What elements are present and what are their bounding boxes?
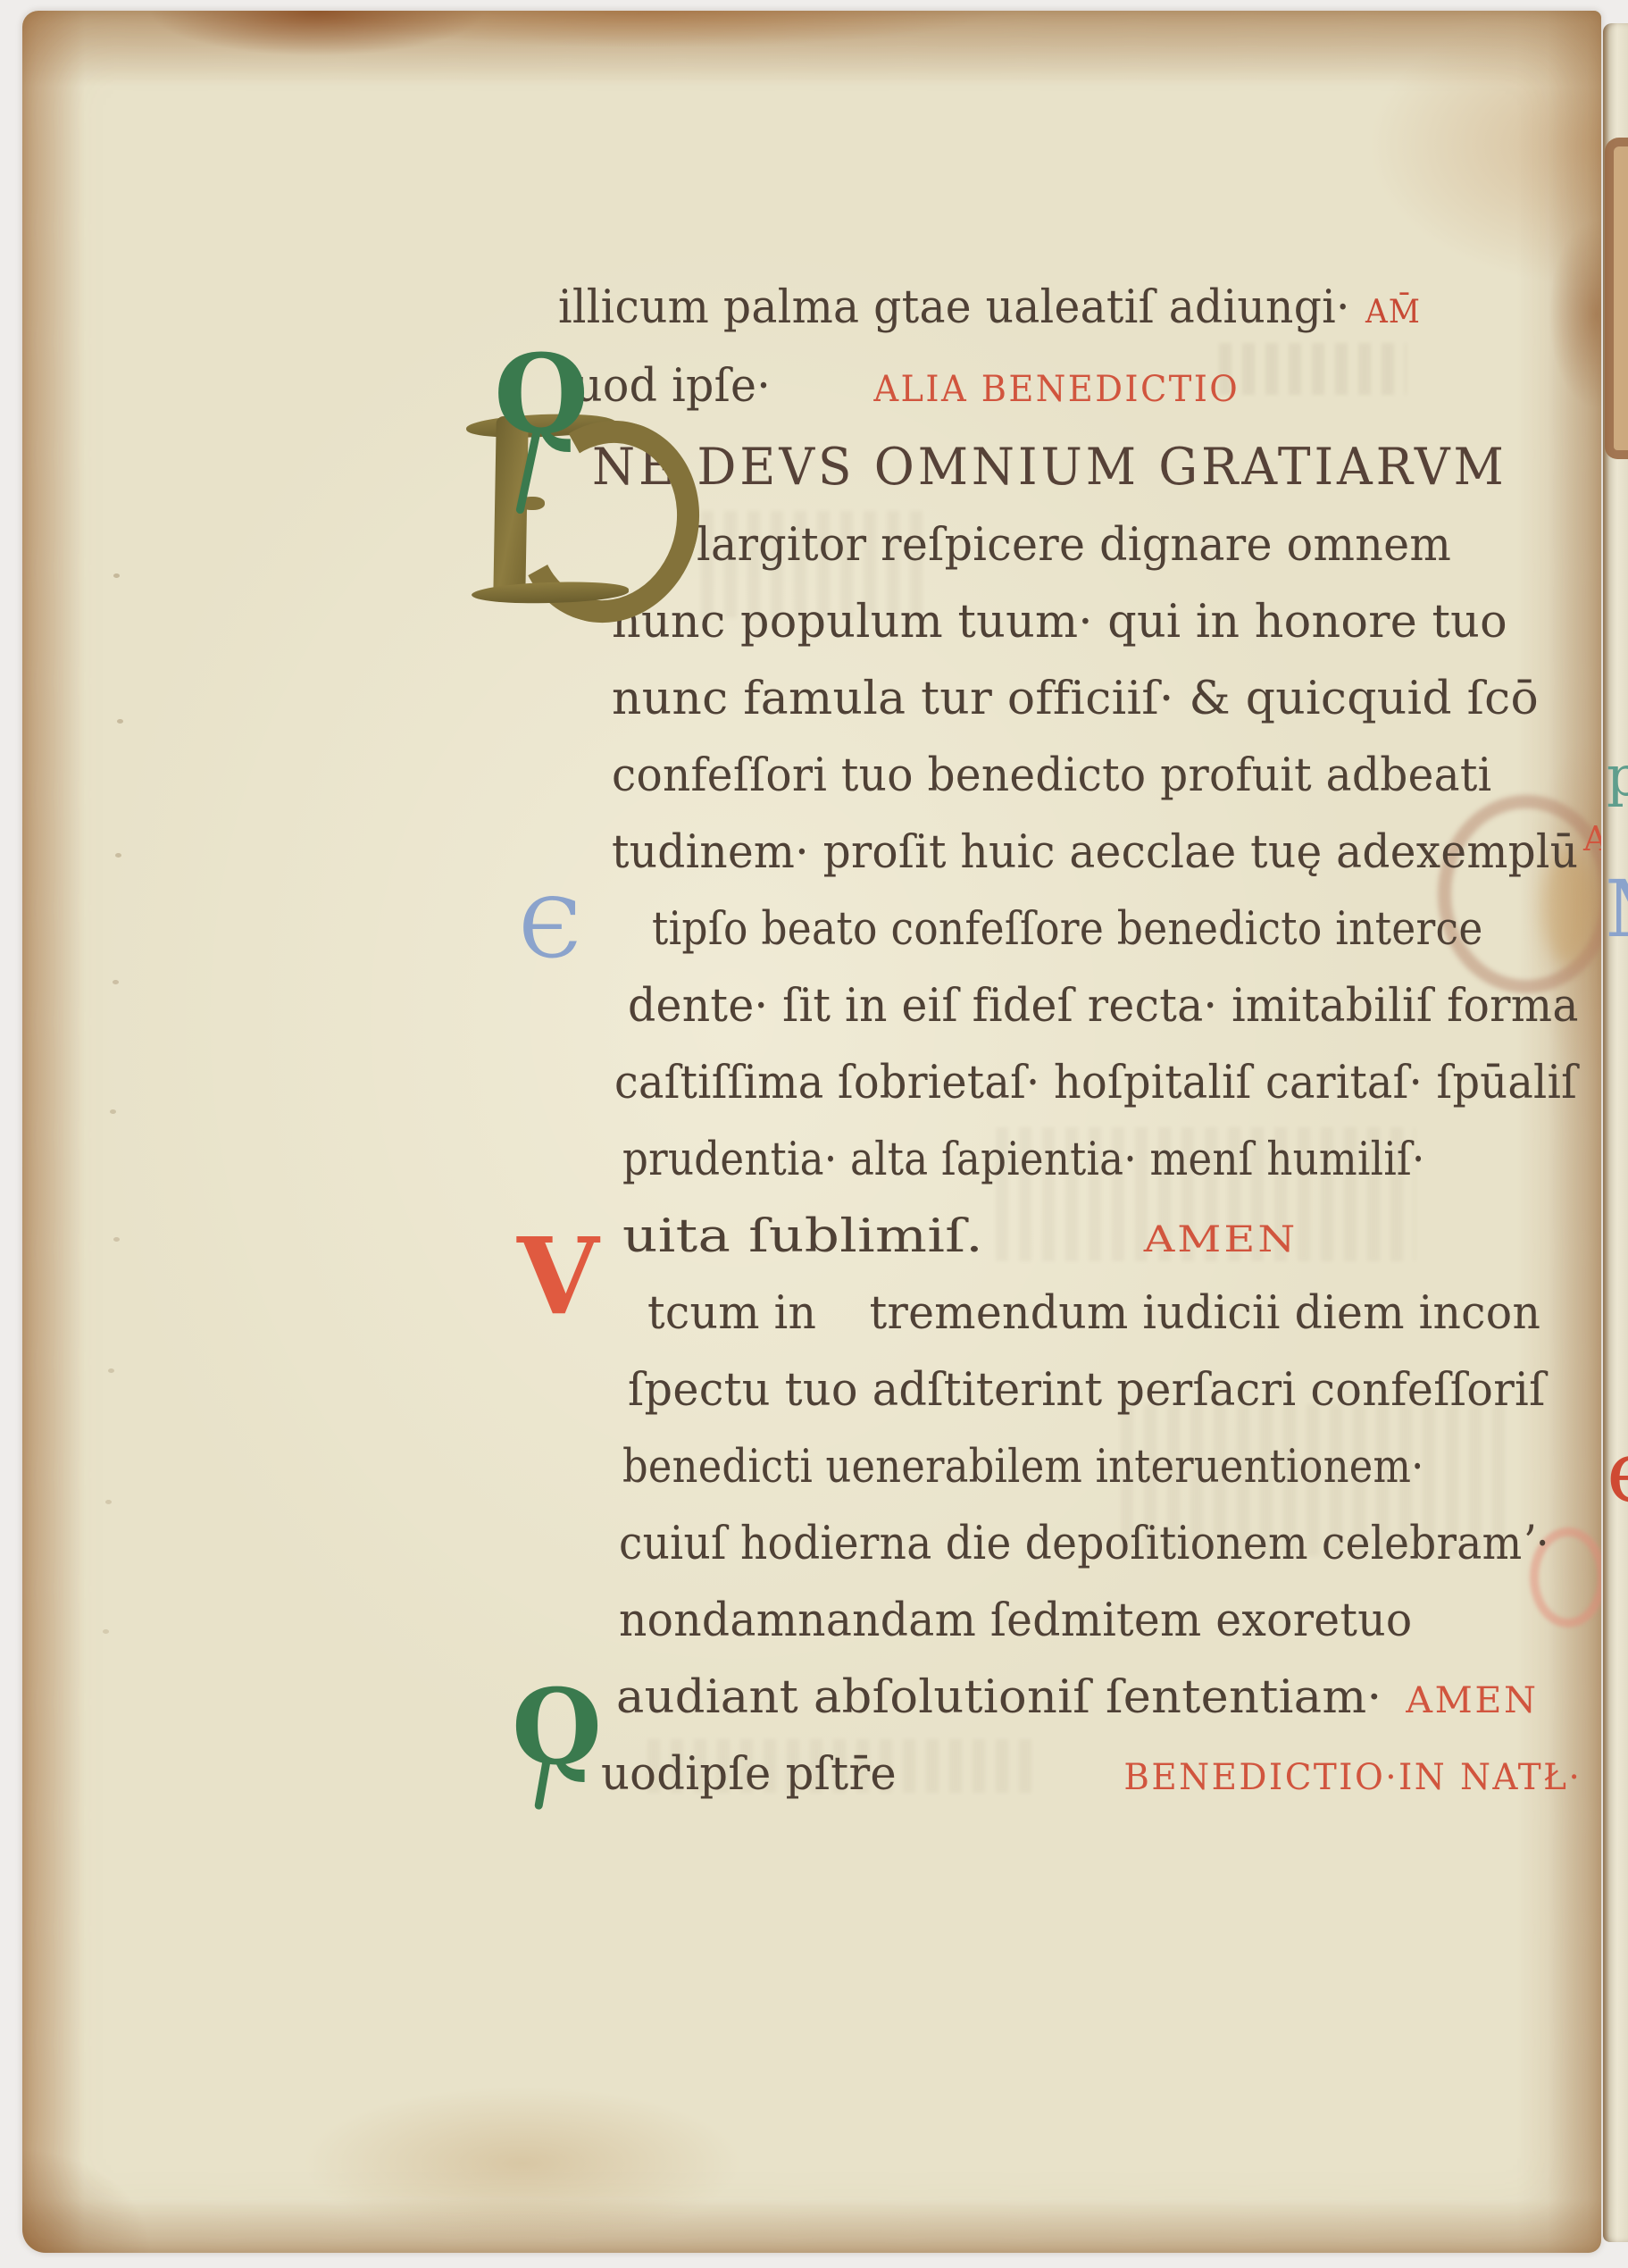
body-text: nondamnandam ſedmitem exoretuo bbox=[619, 1594, 1413, 1647]
text-line-11: caſtiſſima ſobrietaſ· hoſpitaliſ caritaſ… bbox=[614, 1054, 1577, 1113]
rubric-text: ALIA BENEDICTIO bbox=[873, 369, 1240, 410]
next-page-initial-fragment bbox=[1605, 138, 1628, 459]
rubric-text: BENEDICTIO·IN NATŁ· bbox=[1123, 1757, 1582, 1798]
text-line-10: dente· ſit in eiſ fideſ recta· imitabili… bbox=[628, 977, 1579, 1036]
body-text: caſtiſſima ſobrietaſ· hoſpitaliſ caritaſ… bbox=[614, 1057, 1577, 1109]
rubric-text: AMEN bbox=[1406, 1680, 1538, 1721]
body-text: prudentia· alta ſapientia· menſ humiliſ· bbox=[622, 1134, 1425, 1186]
body-text: tcum in bbox=[647, 1287, 816, 1340]
body-text: uod ipſe· bbox=[574, 360, 771, 413]
body-text: confeſſori tuo benedicto profuit adbeati bbox=[612, 749, 1491, 802]
text-line-7: confeſſori tuo benedicto profuit adbeati bbox=[612, 747, 1491, 806]
initial-E-blue: Є bbox=[519, 888, 581, 970]
body-text: benedicti uenerabilem interuentionem· bbox=[622, 1441, 1424, 1494]
margin-rubric-AN: AN̄ bbox=[1583, 822, 1601, 856]
body-text: N̄E DEVS OMNIUM GRATIARVM bbox=[592, 438, 1507, 497]
text-line-15: ſpectu tuo adſtiterint perſacri confeſſo… bbox=[628, 1361, 1546, 1420]
body-text: ſpectu tuo adſtiterint perſacri confeſſo… bbox=[628, 1364, 1546, 1417]
text-line-16: benedicti uenerabilem interuentionem· bbox=[622, 1438, 1424, 1497]
prick-dot bbox=[113, 1237, 120, 1242]
prick-dot bbox=[110, 1109, 116, 1114]
body-text: cuiuſ hodierna die depoſitionem celebram… bbox=[619, 1518, 1549, 1570]
body-text: tipſo beato confeſſore benedicto interce bbox=[652, 903, 1483, 956]
text-line-8: tudinem· proſit huic aecclae tuę adexemp… bbox=[612, 824, 1578, 883]
body-text: nunc famula tur officiiſ· & quicquid ſcō bbox=[612, 673, 1539, 725]
initial-V-red: V bbox=[517, 1224, 599, 1329]
body-text: audiant abſolutioniſ ſententiam· bbox=[616, 1671, 1382, 1724]
body-text: illicum palma gtae ualeatiſ adiungi· bbox=[558, 281, 1350, 334]
text-line-4: largitor reſpicere dignare omnem bbox=[697, 516, 1451, 575]
body-text: tudinem· proſit huic aecclae tuę adexemp… bbox=[612, 826, 1578, 879]
body-text: hunc populum tuum· qui in honore tuo bbox=[612, 596, 1507, 649]
prick-dot bbox=[108, 1368, 114, 1373]
initial-Q-green-top: Q bbox=[494, 339, 589, 448]
text-line-17: cuiuſ hodierna die depoſitionem celebram… bbox=[619, 1515, 1549, 1574]
text-line-12: prudentia· alta ſapientia· menſ humiliſ· bbox=[622, 1131, 1425, 1190]
prick-dot bbox=[113, 980, 119, 984]
body-text: tremendum iudicii diem incon bbox=[870, 1287, 1541, 1340]
text-line-20: uodipſe pſtr̄eBENEDICTIO·IN NATŁ· bbox=[601, 1745, 1582, 1807]
text-line-3: N̄E DEVS OMNIUM GRATIARVM bbox=[592, 438, 1507, 499]
text-line-13: uita ſublimiſ.AMEN bbox=[622, 1208, 1298, 1269]
initial-Q-green-bottom: Q bbox=[512, 1676, 602, 1779]
prick-dot bbox=[105, 1500, 112, 1504]
prick-dot bbox=[117, 719, 123, 724]
rubric-text: AM̄ bbox=[1365, 294, 1421, 331]
next-page-edge: pMe bbox=[1603, 23, 1628, 2242]
gutter-shadow bbox=[1516, 11, 1601, 2253]
prick-dot bbox=[103, 1629, 109, 1634]
prick-dot bbox=[113, 573, 120, 578]
body-text: largitor reſpicere dignare omnem bbox=[697, 519, 1451, 572]
text-line-14: tcum intremendum iudicii diem incon bbox=[647, 1285, 1540, 1343]
text-line-18: nondamnandam ſedmitem exoretuo bbox=[619, 1592, 1413, 1651]
text-line-9: tipſo beato confeſſore benedicto interce bbox=[652, 900, 1483, 959]
photo-backdrop: { "document": { "kind": "illuminated-man… bbox=[0, 0, 1628, 2268]
text-line-19: audiant abſolutioniſ ſententiam·AMEN bbox=[616, 1669, 1539, 1730]
body-text: dente· ſit in eiſ fideſ recta· imitabili… bbox=[628, 980, 1579, 1033]
body-text: uita ſublimiſ. bbox=[622, 1210, 983, 1263]
rubric-text: AMEN bbox=[1144, 1219, 1298, 1260]
text-line-1: illicum palma gtae ualeatiſ adiungi·AM̄ bbox=[558, 279, 1421, 342]
manuscript-page: illicum palma gtae ualeatiſ adiungi·AM̄u… bbox=[22, 11, 1601, 2253]
showthrough-text bbox=[1219, 343, 1407, 395]
next-page-letter-p: p bbox=[1607, 749, 1628, 804]
prick-dot bbox=[115, 853, 121, 858]
body-text: uodipſe pſtr̄e bbox=[601, 1748, 897, 1801]
next-page-letter-e: e bbox=[1607, 1431, 1628, 1515]
text-line-6: nunc famula tur officiiſ· & quicquid ſcō bbox=[612, 670, 1539, 729]
text-line-5: hunc populum tuum· qui in honore tuo bbox=[612, 593, 1507, 652]
next-page-letter-M: M bbox=[1605, 870, 1628, 949]
